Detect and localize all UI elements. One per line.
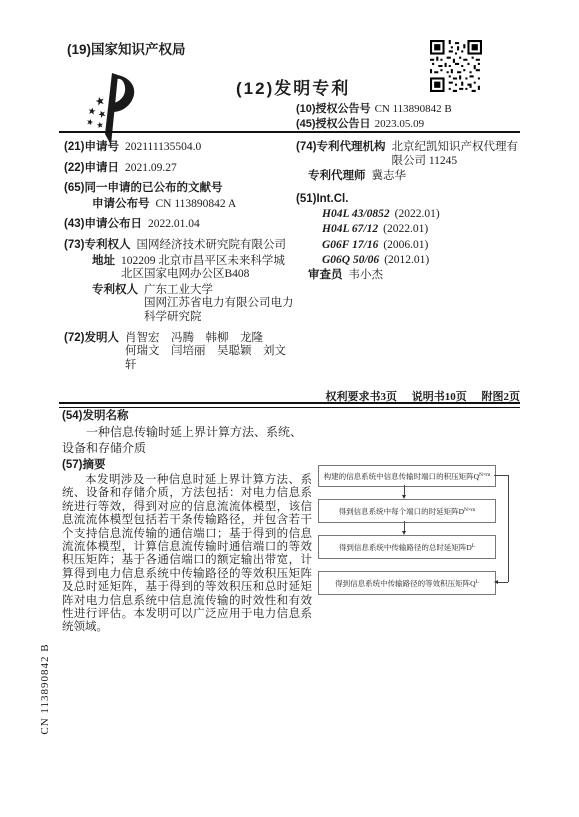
intcl-date: (2022.01) [383, 223, 428, 235]
grant-date-label: (45)授权公告日 [296, 118, 371, 130]
publication-number-label: 申请公布号 [92, 198, 150, 212]
arrow-down-icon [402, 495, 406, 499]
intcl-code: G06F 17/16 [322, 239, 378, 251]
intcl-code: G06Q 50/06 [322, 254, 379, 266]
examiner-row: 审查员 韦小杰 [296, 269, 524, 283]
flowchart-step-1-text: 构建的信息系统中信息传输时端口的积压矩阵Q [324, 471, 479, 482]
grant-number-value: CN 113890842 B [375, 103, 452, 115]
abstract-text: 本发明涉及一种信息时延上界计算方法、系统、设备和存储介质，方法包括：对电力信息系… [62, 474, 312, 635]
grant-date-line: (45)授权公告日2023.05.09 [296, 117, 452, 132]
publication-date-label: (43)申请公布日 [64, 218, 142, 232]
application-date-value: 2021.09.27 [125, 162, 296, 176]
flowchart-step-3-text: 得到信息系统中传输路径的总时延矩阵D [339, 542, 472, 553]
header-divider [59, 131, 520, 133]
publication-date-value: 2022.01.04 [148, 218, 296, 232]
document-type-title: (12)发明专利 [236, 74, 350, 99]
grant-publication-block: (10)授权公告号CN 113890842 B (45)授权公告日2023.05… [296, 102, 452, 132]
invention-section: (54)发明名称 一种信息传输时延上界计算方法、系统、设备和存储介质 (57)摘… [62, 409, 312, 635]
inventors-row: (72)发明人 肖智宏 冯腾 韩柳 龙隆 何瑞文 闫培丽 吴聪颖 刘文轩 [64, 332, 296, 373]
flowchart-step-3-sub: L [472, 544, 475, 550]
grant-number-label: (10)授权公告号 [296, 103, 371, 115]
biblio-right-column: (74)专利代理机构 北京纪凯知识产权代理有限公司 11245 专利代理师 冀志… [296, 141, 524, 284]
intcl-code: H04L 43/0852 [322, 208, 390, 220]
publication-number-row: 申请公布号 CN 113890842 A [64, 198, 296, 212]
publication-date-row: (43)申请公布日 2022.01.04 [64, 218, 296, 232]
inventors-values: 肖智宏 冯腾 韩柳 龙隆 何瑞文 闫培丽 吴聪颖 刘文轩 [125, 332, 296, 373]
patent-front-page: (19)国家知识产权局 (12)发明专利 (10)授权公告号CN 1138908… [0, 0, 579, 817]
inventors-label: (72)发明人 [64, 332, 119, 373]
flowchart-step-2-text: 得到信息系统中每个端口的时延矩阵D [339, 506, 464, 517]
qr-code-icon [430, 40, 482, 92]
flowchart-connector-line [498, 582, 508, 583]
same-application-row: (65)同一申请的已公布的文献号 [64, 182, 296, 196]
intcl-code: H04L 67/12 [322, 223, 378, 235]
section-divider [59, 402, 520, 408]
application-number-value: 202111135504.0 [125, 141, 296, 155]
intcl-date: (2022.01) [395, 208, 440, 220]
flowchart-step-3: 得到信息系统中传输路径的总时延矩阵DL [318, 535, 496, 559]
flowchart-connector-line [404, 485, 405, 495]
flowchart-step-4: 得到信息系统中传输路径的等效积压矩阵QL [318, 571, 496, 595]
application-date-row: (22)申请日 2021.09.27 [64, 162, 296, 176]
patentee-label: (73)专利权人 [64, 239, 130, 253]
agent-label: 专利代理师 [308, 170, 366, 184]
address-label: 地址 [92, 255, 115, 282]
application-date-label: (22)申请日 [64, 162, 119, 176]
agent-row: 专利代理师 冀志华 [296, 170, 524, 184]
flowchart-connector-line [494, 475, 508, 476]
intcl-entry: H04L 67/12(2022.01) [296, 223, 524, 237]
intcl-entry: G06F 17/16(2006.01) [296, 239, 524, 253]
patent-office-name: (19)国家知识产权局 [67, 38, 186, 58]
flowchart-step-2: 得到信息系统中每个端口的时延矩阵DN×m [318, 499, 496, 523]
arrow-down-icon [402, 531, 406, 535]
examiner-value: 韦小杰 [349, 269, 525, 283]
flowchart-step-4-sub: L [476, 580, 479, 586]
agency-value: 北京纪凯知识产权代理有限公司 11245 [391, 141, 524, 168]
address-row: 地址 102209 北京市昌平区未来科学城北区国家电网办公区B408 [64, 255, 296, 282]
intcl-header-row: (51)Int.Cl. [296, 193, 524, 207]
patentee-2-label: 专利权人 [92, 284, 138, 325]
flowchart-step-1-sub: N×m [479, 473, 490, 479]
vertical-document-number: CN 113890842 B [39, 609, 51, 769]
intcl-entry: H04L 43/0852(2022.01) [296, 208, 524, 222]
patentee-3-name: 国网江苏省电力有限公司电力科学研究院 [144, 297, 296, 324]
patentee-row: (73)专利权人 国网经济技术研究院有限公司 [64, 239, 296, 253]
flowchart-step-1: 构建的信息系统中信息传输时端口的积压矩阵QN×m [318, 465, 496, 487]
biblio-left-column: (21)申请号 202111135504.0 (22)申请日 2021.09.2… [64, 141, 296, 374]
agent-value: 冀志华 [372, 170, 525, 184]
arrow-left-icon [494, 580, 498, 584]
patentee-2-name: 广东工业大学 [144, 284, 296, 298]
intcl-date: (2012.01) [384, 254, 429, 266]
flowchart-connector-line [508, 475, 509, 582]
agency-row: (74)专利代理机构 北京纪凯知识产权代理有限公司 11245 [296, 141, 524, 168]
patentee-2-row: 专利权人 广东工业大学 国网江苏省电力有限公司电力科学研究院 [64, 284, 296, 325]
agency-label: (74)专利代理机构 [296, 141, 385, 168]
same-application-label: (65)同一申请的已公布的文献号 [64, 182, 222, 196]
flowchart-step-4-text: 得到信息系统中传输路径的等效积压矩阵Q [335, 578, 475, 589]
inventors-line-1: 肖智宏 冯腾 韩柳 龙隆 [125, 332, 296, 346]
grant-number-line: (10)授权公告号CN 113890842 B [296, 102, 452, 117]
publication-number-value: CN 113890842 A [156, 198, 297, 212]
flowchart-step-2-sub: N×m [464, 508, 475, 514]
abstract-flowchart: 构建的信息系统中信息传输时端口的积压矩阵QN×m 得到信息系统中每个端口的时延矩… [316, 460, 516, 605]
invention-title: 一种信息传输时延上界计算方法、系统、设备和存储介质 [62, 425, 312, 456]
inventors-line-2: 何瑞文 闫培丽 吴聪颖 刘文轩 [125, 345, 296, 372]
examiner-label: 审查员 [308, 269, 343, 283]
invention-title-label: (54)发明名称 [62, 409, 312, 424]
patentee-1-value: 国网经济技术研究院有限公司 [136, 239, 296, 253]
intcl-date: (2006.01) [383, 239, 428, 251]
intcl-label: (51)Int.Cl. [296, 193, 348, 207]
application-number-row: (21)申请号 202111135504.0 [64, 141, 296, 155]
abstract-label: (57)摘要 [62, 458, 312, 473]
intcl-entry: G06Q 50/06(2012.01) [296, 254, 524, 268]
flowchart-connector-line [404, 521, 405, 531]
patentee-2-value: 广东工业大学 国网江苏省电力有限公司电力科学研究院 [144, 284, 296, 325]
application-number-label: (21)申请号 [64, 141, 119, 155]
address-value: 102209 北京市昌平区未来科学城北区国家电网办公区B408 [121, 255, 296, 282]
grant-date-value: 2023.05.09 [375, 118, 425, 130]
cnipa-logo-icon [84, 70, 138, 148]
